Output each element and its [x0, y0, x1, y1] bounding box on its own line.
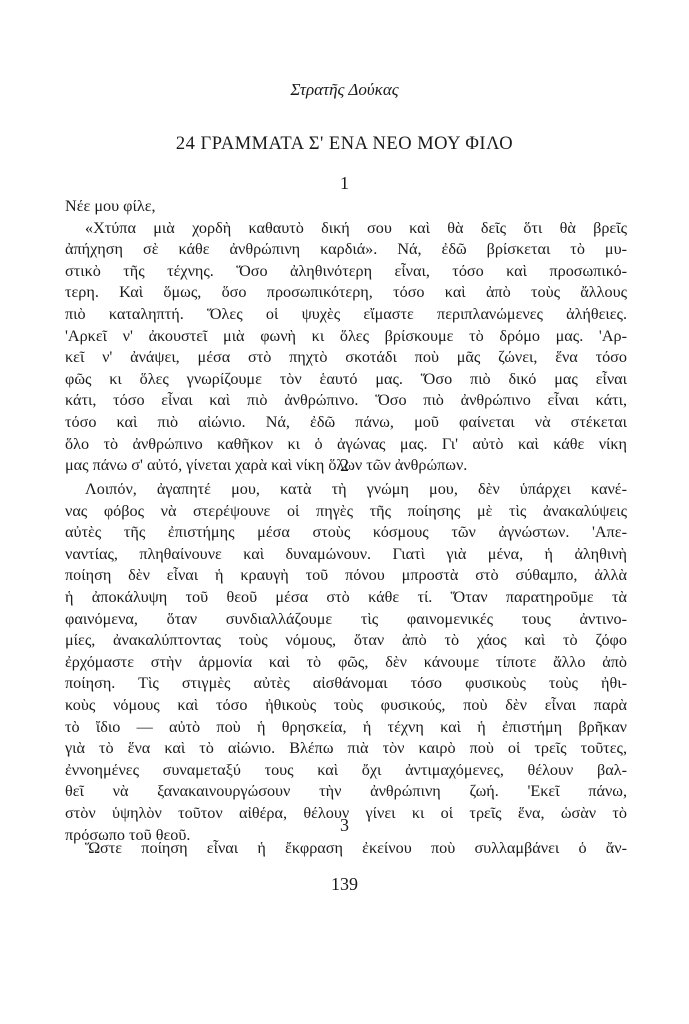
text-line: «Χτύπα μιὰ χορδὴ καθαυτὸ δική σου καὶ θὰ… [65, 218, 627, 240]
text-line: ὅλο τὸ ἀνθρώπινο καθῆκον κι ὁ ἀγώνας μας… [65, 434, 627, 456]
text-line: τερη. Καὶ ὅμως, ὅσο προσωπικότερη, τόσο … [65, 282, 627, 304]
section-number-1: 1 [0, 173, 689, 194]
text-line: ἀπήχηση σὲ κάθε ἀνθρώπινη καρδιά». Νά, ἐ… [65, 239, 627, 261]
book-page: Στρατῆς Δούκας 24 ΓΡΑΜΜΑΤΑ Σ' ΕΝΑ ΝΕΟ ΜΟ… [0, 0, 689, 1024]
section-1-text: Νέε μου φίλε, «Χτύπα μιὰ χορδὴ καθαυτὸ δ… [65, 196, 627, 477]
text-line: 'Αρκεῖ ν' ἀκουστεῖ μιὰ φωνὴ κι ὅλες βρίσ… [65, 326, 627, 348]
text-line: φῶς κι ὅλες γνωρίζουμε τὸν ἑαυτό μας. Ὅσ… [65, 369, 627, 391]
section-2-text: Λοιπόν, ἀγαπητέ μου, κατὰ τὴ γνώμη μου, … [65, 479, 627, 846]
text-line: ἡ ἀποκάλυψη τοῦ θεοῦ μέσα στὸ κάθε τί. Ὅ… [65, 587, 627, 609]
text-line: ἐρχόμαστε στὴν ἁρμονία καὶ τὸ φῶς, δὲν κ… [65, 652, 627, 674]
text-line: ἐννοημένες συναμεταξύ τους καὶ ὄχι ἀντιμ… [65, 760, 627, 782]
text-line: πιὸ καταληπτή. Ὅλες οἱ ψυχὲς εἴμαστε περ… [65, 304, 627, 326]
section-number-2: 2 [0, 455, 689, 476]
author-name: Στρατῆς Δούκας [0, 80, 689, 100]
text-line: θεῖ νὰ ξανακαινουργώσουν τὴν ἀνθρώπινη ζ… [65, 781, 627, 803]
text-line: Λοιπόν, ἀγαπητέ μου, κατὰ τὴ γνώμη μου, … [65, 479, 627, 501]
text-line: κεῖ ν' ἀνάψει, μέσα στὸ πηχτὸ σκοτάδι πο… [65, 347, 627, 369]
text-line: στικὸ τῆς τέχνης. Ὅσο ἀληθινότερη εἶναι,… [65, 261, 627, 283]
text-line: ποίηση δὲν εἶναι ἡ κραυγὴ τοῦ πόνου μπρο… [65, 565, 627, 587]
text-line: φαινόμενα, ὅταν συνδιαλλάζουμε τὶς φαινο… [65, 609, 627, 631]
chapter-title: 24 ΓΡΑΜΜΑΤΑ Σ' ΕΝΑ ΝΕΟ ΜΟΥ ΦΙΛΟ [0, 134, 689, 155]
text-line: τόσο καὶ πιὸ αἰώνιο. Νά, ἐδῶ πάνω, μοῦ φ… [65, 412, 627, 434]
section-number-3: 3 [0, 815, 689, 836]
text-line: ποίηση. Τὶς στιγμὲς αὐτὲς αἰσθάνομαι τόσ… [65, 673, 627, 695]
text-line: τὸ ἴδιο — αὐτὸ ποὺ ἡ θρησκεία, ἡ τέχνη κ… [65, 717, 627, 739]
text-line: Ὥστε ποίηση εἶναι ἡ ἔκφραση ἐκείνου ποὺ … [65, 838, 627, 860]
text-line: μίες, ἀνακαλύπτοντας τοὺς νόμους, ὅταν ἀ… [65, 630, 627, 652]
text-line: νας φόβος νὰ στερέψουνε οἱ πηγὲς τῆς ποί… [65, 501, 627, 523]
text-line: γιὰ τὸ ἕνα καὶ τὸ αἰώνιο. Βλέπω πιὰ τὸν … [65, 738, 627, 760]
page-number: 139 [0, 874, 689, 895]
text-line: κάτι, τόσο εἶναι καὶ πιὸ ἀνθρώπινο. Ὅσο … [65, 390, 627, 412]
text-line: κοὺς νόμους καὶ τόσο ἠθικοὺς τοὺς φυσικο… [65, 695, 627, 717]
section-3-text: Ὥστε ποίηση εἶναι ἡ ἔκφραση ἐκείνου ποὺ … [65, 838, 627, 860]
salutation: Νέε μου φίλε, [65, 196, 627, 218]
text-line: αὐτὲς τῆς ἐπιστήμης μέσα στοὺς κόσμους τ… [65, 522, 627, 544]
text-line: ναντίας, πληθαίνουνε καὶ δυναμώνουν. Για… [65, 544, 627, 566]
